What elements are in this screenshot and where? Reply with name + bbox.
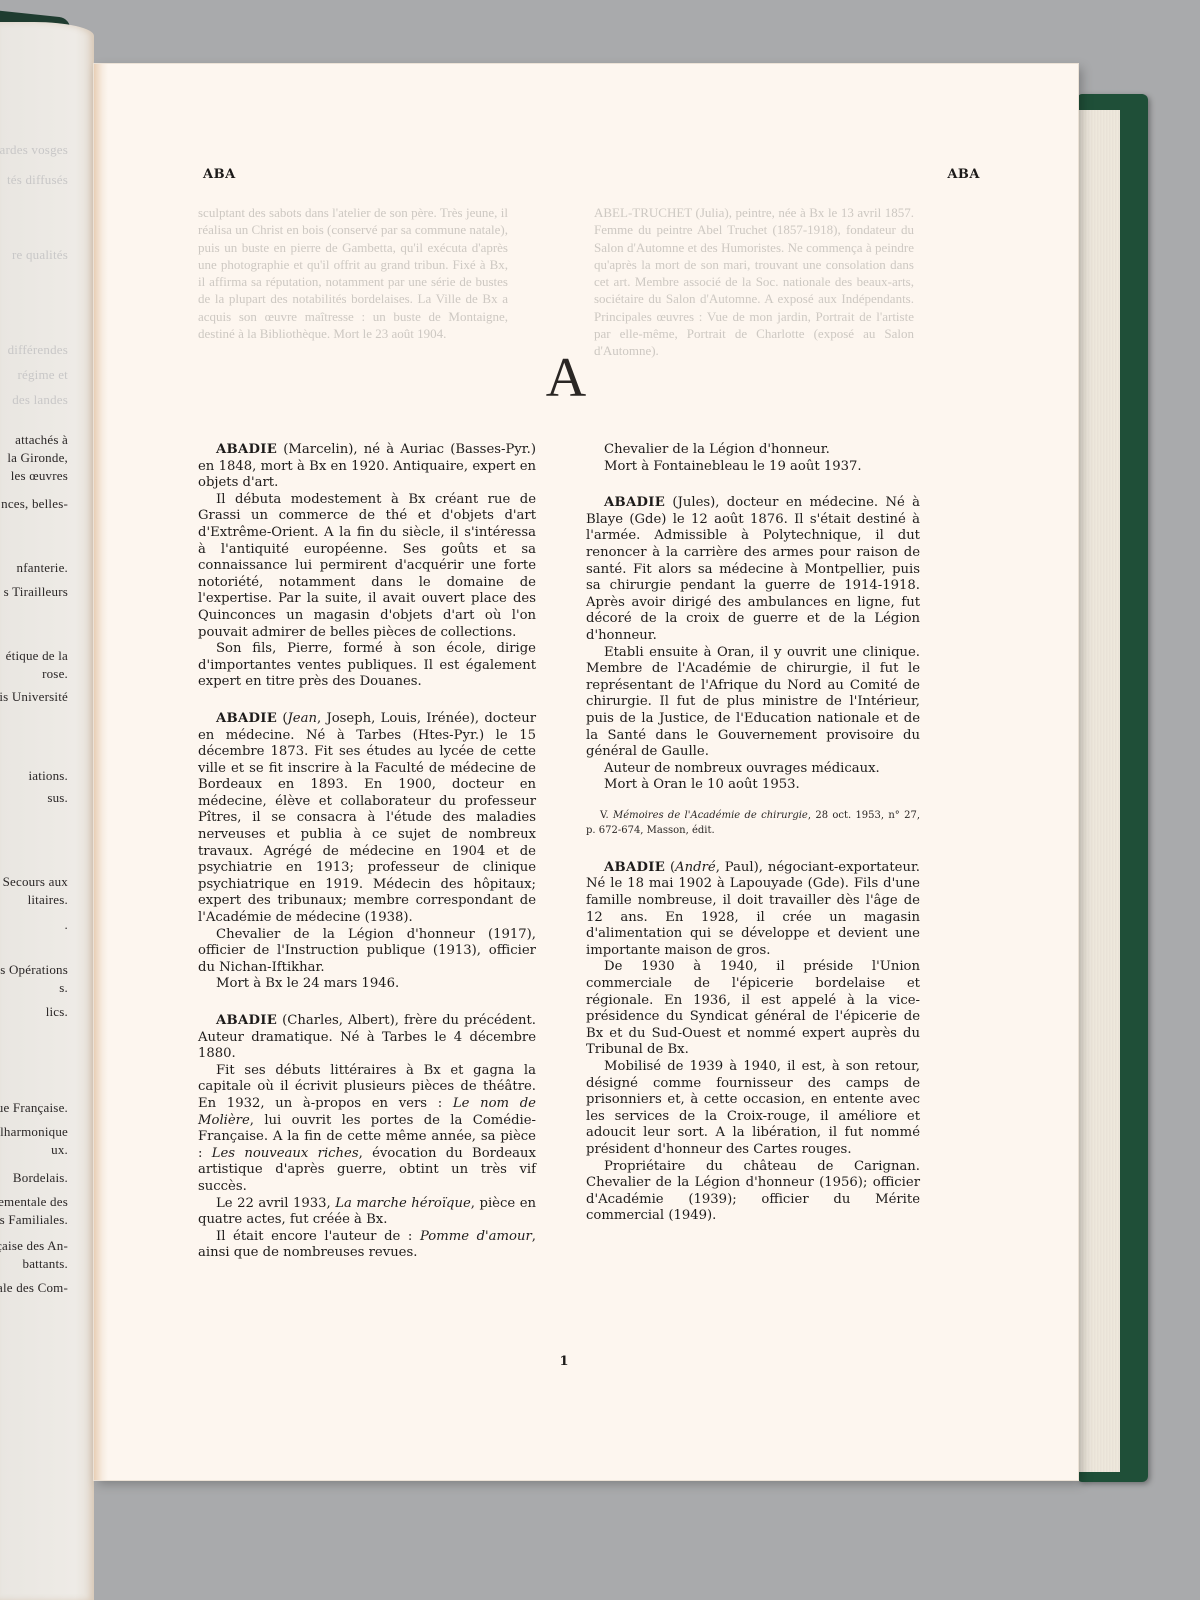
entry-given-names: (Marcelin) [283, 442, 353, 457]
left-facing-page: ardes vosges tés diffusés re qualités di… [0, 22, 94, 1600]
entry-paragraph: Chevalier de la Légion d'honneur (1917),… [198, 927, 536, 977]
margin-fragment: sus. [47, 790, 68, 806]
entry-abadie-charles: ABADIE (Charles, Albert), frère du précé… [198, 1013, 536, 1262]
entry-given-italic: André [675, 860, 716, 875]
margin-fragment: hilharmonique [0, 1124, 68, 1140]
entry-headword: ABADIE [216, 711, 277, 726]
show-through-text: différendes [8, 342, 68, 358]
entry-paragraph: Mobilisé de 1939 à 1940, il est, à son r… [586, 1059, 920, 1159]
show-through-left: sculptant des sabots dans l'atelier de s… [198, 204, 508, 342]
margin-fragment: vue Française. [0, 1100, 68, 1116]
dictionary-page: ABA ABA sculptant des sabots dans l'atel… [94, 64, 1078, 1480]
running-head-left: ABA [203, 167, 236, 182]
entry-given-italic: Jean [288, 711, 317, 726]
entry-continuation: Chevalier de la Légion d'honneur. Mort à… [586, 442, 920, 475]
margin-fragment: s Opérations [0, 962, 68, 978]
entry-headword: ABADIE [604, 495, 665, 510]
entry-paragraph: Auteur de nombreux ouvrages médicaux. [586, 761, 920, 778]
section-letter: A [526, 350, 606, 406]
margin-fragment: nces, belles- [1, 496, 68, 512]
entry-paragraph: Son fils, Pierre, formé à son école, dir… [198, 641, 536, 691]
show-through-text: des landes [12, 392, 68, 408]
margin-fragment: ns Familiales. [0, 1212, 68, 1228]
margin-fragment: çaise des An- [0, 1238, 68, 1254]
entry-abadie-jean: ABADIE (Jean, Joseph, Louis, Irénée), do… [198, 711, 536, 993]
reference-title: Mémoires de l'Académie de chirurgie [613, 810, 808, 821]
entry-text: Le 22 avril 1933, [216, 1196, 331, 1211]
margin-fragment: rose. [42, 666, 68, 682]
entry-paragraph: Mort à Fontainebleau le 19 août 1937. [586, 459, 920, 476]
column-right: Chevalier de la Légion d'honneur. Mort à… [586, 442, 920, 1245]
margin-fragment: Bordelais. [13, 1170, 68, 1186]
margin-fragment: les œuvres [11, 468, 68, 484]
margin-fragment: nale des Com- [0, 1280, 68, 1296]
entry-paragraph: Il débuta modestement à Bx créant rue de… [198, 492, 536, 641]
entry-paragraph: De 1930 à 1940, il préside l'Union comme… [586, 959, 920, 1059]
entry-paragraph: Chevalier de la Légion d'honneur. [586, 442, 920, 459]
entry-abadie-andre: ABADIE (André, Paul), négociant-exportat… [586, 860, 920, 1225]
entry-given-names: , Joseph, Louis, Irénée) [317, 711, 475, 726]
show-through-right: ABEL-TRUCHET (Julia), peintre, née à Bx … [594, 204, 914, 360]
margin-fragment: . [65, 917, 68, 933]
entry-text: Il était encore l'auteur de : [216, 1229, 412, 1244]
column-left: ABADIE (Marcelin), né à Auriac (Basses-P… [198, 442, 536, 1282]
work-title: La marche héroïque [335, 1196, 471, 1211]
page-gutter-shadow [94, 64, 108, 1480]
work-title: Pomme d'amour [420, 1229, 532, 1244]
show-through-text: ardes vosges [0, 142, 68, 158]
entry-given-names: (Charles, Albert) [282, 1013, 395, 1028]
margin-fragment: s. [59, 980, 68, 996]
margin-fragment: Secours aux [3, 874, 68, 890]
margin-fragment: lics. [46, 1004, 68, 1020]
margin-fragment: iations. [28, 768, 68, 784]
entry-paragraph: Etabli ensuite à Oran, il y ouvrit une c… [586, 645, 920, 761]
margin-fragment: ais Université [0, 689, 68, 705]
show-through-text: régime et [17, 367, 68, 383]
margin-fragment: rtementale des [0, 1194, 68, 1210]
bibliographic-reference: V. Mémoires de l'Académie de chirurgie, … [586, 808, 920, 838]
entry-paragraph: Mort à Bx le 24 mars 1946. [198, 976, 536, 993]
margin-fragment: battants. [23, 1256, 69, 1272]
reference-prefix: V. [600, 810, 609, 821]
entry-given-names: , Paul) [716, 860, 759, 875]
margin-fragment: ux. [51, 1142, 68, 1158]
work-title: Les nouveaux riches [212, 1146, 359, 1161]
entry-abadie-marcelin: ABADIE (Marcelin), né à Auriac (Basses-P… [198, 442, 536, 691]
show-through-text: re qualités [12, 247, 68, 263]
page-number: 1 [534, 1354, 594, 1369]
entry-text: , docteur en médecine. Né à Tarbes (Htes… [198, 711, 536, 925]
margin-fragment: étique de la [6, 648, 68, 664]
entry-headword: ABADIE [216, 1013, 277, 1028]
entry-abadie-jules: ABADIE (Jules), docteur en médecine. Né … [586, 495, 920, 794]
margin-fragment: la Gironde, [7, 450, 68, 466]
entry-paragraph: Propriétaire du château de Carignan. Che… [586, 1159, 920, 1225]
margin-fragment: attachés à [15, 432, 68, 448]
margin-fragment: s Tirailleurs [4, 584, 68, 600]
show-through-text: tés diffusés [7, 172, 68, 188]
margin-fragment: nfanterie. [17, 560, 68, 576]
entry-headword: ABADIE [604, 860, 665, 875]
entry-headword: ABADIE [216, 442, 277, 457]
entry-paragraph: Mort à Oran le 10 août 1953. [586, 777, 920, 794]
entry-given-names: (Jules) [672, 495, 715, 510]
margin-fragment: litaires. [28, 892, 68, 908]
entry-text: , docteur en médecine. Né à Blaye (Gde) … [586, 495, 920, 643]
running-head-right: ABA [947, 167, 980, 182]
